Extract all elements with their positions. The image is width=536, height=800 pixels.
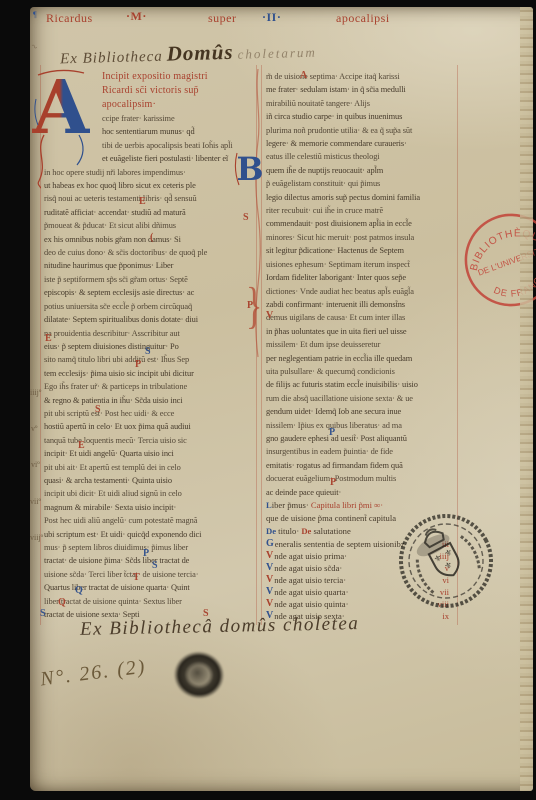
incipit-rubric: Incipit expositio magistriRicardi sc̃i v… — [44, 70, 263, 112]
capitula-item-initial: V — [266, 598, 273, 610]
text-line: in p̃has uoluntates que in uita fieri ue… — [266, 325, 459, 338]
text-line: iñ circa studio carpe· in quibus inuenim… — [266, 110, 459, 123]
inline-colored-initial: S — [95, 404, 101, 415]
text-line: dilatate· Septem spiritualibus donis dot… — [44, 313, 263, 326]
inline-colored-initial: E — [78, 440, 85, 451]
text-line: docuerat euãgelium· Postmodum multis — [266, 472, 459, 485]
photograph-black-backdrop: Ricardus ·M· super ·II· apocalipsi Ex Bi… — [0, 0, 536, 800]
text-line: in hoc opere studij nr̃i labores impendi… — [44, 166, 263, 179]
running-title-author: Ricardus — [46, 11, 93, 26]
inline-colored-initial: S — [145, 346, 151, 357]
text-line: minores· Sicut hic meruit· post patmos i… — [266, 231, 459, 244]
text-line: uisiones ephesum· Septimam iterum inspec… — [266, 258, 459, 271]
rubric-line: Ricardi sc̃i victoris sup̃ — [102, 84, 263, 98]
text-column-left: Incipit expositio magistriRicardi sc̃i v… — [44, 70, 263, 621]
text-line: tanquã tube loquentis mecũ· Tercia uisio… — [44, 434, 263, 447]
text-line: na prouidentia describitur· Asscribitur … — [44, 327, 263, 340]
marginal-note: iiijº — [30, 388, 41, 397]
capitula-item-initial: V — [266, 562, 273, 574]
right-column-text: m̃ de uisione septima· Accipe itaq̃ kari… — [266, 70, 459, 499]
quire-mark: ·M· — [126, 9, 147, 24]
inline-colored-initial: P — [247, 300, 253, 311]
ex-libris-part2: Domûs — [166, 40, 233, 66]
text-line: ubi scriptum est· Et uidi· quicq̃d expon… — [44, 528, 263, 541]
capitula-item-initial: V — [266, 550, 273, 562]
marginal-note: ¶ — [33, 10, 37, 19]
text-line: potius uniuersita sc̃e eccl̃e p̃ orbem c… — [44, 300, 263, 313]
text-line: p̃ euãgelistam constituit· qui p̃imus — [266, 177, 459, 190]
capitula-item-text: nde agat uisio tercia· — [274, 574, 346, 586]
text-line: liber tractat de uisione quinta· Sextus … — [44, 595, 263, 608]
text-line: ccipe frater· karissime — [102, 112, 263, 125]
text-line: insurgentibus in eadem p̃uintia· de fide — [266, 445, 459, 458]
text-line: demus uigilans de causa· Et cum inter il… — [266, 311, 459, 324]
inline-colored-initial: P — [143, 548, 149, 559]
red-filigree-line — [254, 69, 262, 364]
text-line: eatus ille celestiũ misticus theologi — [266, 150, 459, 163]
text-line: ac deinde pace quieuit· — [266, 486, 459, 499]
text-line: pit ubi ait· Et apertũ est templũ dei in… — [44, 461, 263, 474]
text-line: eius· p̃ septem diuisiones distinguitur·… — [44, 340, 263, 353]
text-line: pit ubi scriptũ est· Post hec uidi· & ec… — [44, 407, 263, 420]
book-number: ·II· — [262, 10, 281, 25]
text-line: gendum uidet· Idemq̃ Iob ane secura inue — [266, 405, 459, 418]
text-line: zabdi confirmant· interuenit illi demons… — [266, 298, 459, 311]
ex-libris-inscription-top: Ex Bibliotheca Domûs choletarum — [60, 38, 317, 70]
page-fore-edge — [520, 7, 533, 791]
inline-colored-initial: A — [300, 70, 307, 81]
text-line: de filijs ac futuris statim eccl̃e inuis… — [266, 378, 459, 391]
capitula-item-initial: V — [266, 586, 273, 598]
text-line: riter recubuit· cui ih̃e in cruce matrẽ — [266, 204, 459, 217]
text-line: m̃ de uisione septima· Accipe itaq̃ kari… — [266, 70, 459, 83]
inline-colored-initial: S — [243, 212, 249, 223]
ex-libris-inscription-bottom: Ex Bibliothecâ domûs choletea — [80, 613, 360, 641]
svg-text:B: B — [236, 151, 263, 188]
text-line: Post hec uidi aliũ angelũ· cum potestatẽ… — [44, 514, 263, 527]
left-column-text: ccipe frater· karissimehoc sententiarum … — [44, 112, 263, 621]
running-title-work: apocalipsi — [336, 11, 390, 26]
inline-colored-initial: E — [45, 333, 52, 344]
text-line: legere· & memorie commendare curaueris· — [266, 137, 459, 150]
marginal-note: viº — [31, 460, 40, 469]
marginal-note: viijº — [30, 533, 43, 542]
inline-colored-initial: P — [135, 359, 141, 370]
text-line: hostiũ apertũ in celo· Et uox p̃ima quã … — [44, 420, 263, 433]
inline-colored-initial: Q — [75, 585, 83, 596]
text-line: sito namq̃ titulo libri ubi additũ est· … — [44, 353, 263, 366]
text-line: incipit ubi dicit· Et uidi aliud signũ i… — [44, 487, 263, 500]
text-line: hoc sententiarum munus· qd̃ — [102, 125, 263, 138]
inline-colored-initial: Q — [58, 597, 66, 608]
capitula-item-text: nde agat uisio sc̃da· — [274, 562, 342, 574]
text-line: Iordam fideliter laborigant· Inter quos … — [266, 271, 459, 284]
capitula-item-initial: V — [266, 574, 273, 586]
text-line: Ego ih̃s frater ur̃· & particeps in trib… — [44, 380, 263, 393]
capitula-item-text: nde agat uisio quarta· — [274, 586, 348, 598]
text-line: dictiones· Vnde audiat hec beatus apl̃s … — [266, 285, 459, 298]
text-line: uita pulsullare· & quecumq̃ condicionis — [266, 365, 459, 378]
ex-libris-part3: choletarum — [237, 45, 317, 62]
text-line: episcopis· & septem ecclesijs asie direc… — [44, 286, 263, 299]
text-line: sit legitur p̃dicatione· Hactenus de Sep… — [266, 244, 459, 257]
text-line: deo de cuius dono· & sc̃is doctoribus· d… — [44, 246, 263, 259]
text-line: ut habeas ex hoc quoq̃ libro sicut ex ce… — [44, 179, 263, 192]
text-line: tem ecclesijs· p̃ima uisio sic incipit u… — [44, 367, 263, 380]
inline-colored-initial: P — [330, 477, 336, 488]
text-line: risq̃ noui ac ueteris testamenti libris·… — [44, 192, 263, 205]
text-line: rum die absq̃ uacillatione uisione sexta… — [266, 392, 459, 405]
inline-colored-initial: P — [329, 427, 335, 438]
text-line: nissilem· Ip̃ius ex quibus liberatus· ad… — [266, 419, 459, 432]
capitula-item-text: nde agat uisio quinta· — [274, 598, 348, 610]
text-line: missilem· Et dum ipse deuisseretur — [266, 338, 459, 351]
text-line: quasi· & archa testamenti· Quinta uisio — [44, 474, 263, 487]
text-line: nitudine haurimus que p̃ponimus· Liber — [44, 259, 263, 272]
rubric-line: Incipit expositio magistri — [102, 70, 263, 84]
text-line: magnum & mirabile· Sexta uisio incipit· — [44, 501, 263, 514]
text-line: iste p̃ septiformem sp̃s sc̃i gr̃am ortu… — [44, 273, 263, 286]
capitula-item-text: nde agat uisio prima· — [274, 550, 347, 562]
text-line: gno gaudere ephesi ad uesit̃· Post aliqu… — [266, 432, 459, 445]
capitula-header-red: Capitula libri p̃mi ∞· — [311, 500, 383, 510]
text-line: quem ih̃e de nuptijs reuocauit· apl̃m — [266, 164, 459, 177]
de-salutatione-initial: De — [301, 526, 311, 536]
decorated-initial-B: B — [234, 151, 264, 196]
inline-colored-initial: T — [133, 572, 140, 583]
manuscript-page: Ricardus ·M· super ·II· apocalipsi Ex Bi… — [30, 7, 533, 791]
text-line: & regno & patientia in ih̃u· Sc̃da uisio… — [44, 394, 263, 407]
de-titulo-initial: De — [266, 526, 276, 536]
marginal-note: viiº — [30, 497, 41, 506]
text-line: plurima noñ prudontie utilia· & ea q̃ su… — [266, 124, 459, 137]
rubric-line: apocalipsim· — [102, 98, 263, 112]
text-line: me frater· sedulam istam· in q̃ sc̃ia me… — [266, 83, 459, 96]
inline-colored-initial: E — [139, 196, 146, 207]
running-title-super: super — [208, 11, 237, 26]
text-line: per neglegentiam patrie in eccl̃ia ille … — [266, 352, 459, 365]
inline-colored-initial: ( — [150, 232, 153, 243]
text-line: p̃moueat & p̃ducat· Et sicut alibi dñimu… — [44, 219, 263, 232]
text-line: incipit· Et uidi angelũ· Quarta uisio in… — [44, 447, 263, 460]
svg-text:⚜: ⚜ — [443, 560, 455, 573]
inline-colored-initial: V — [266, 310, 273, 321]
text-line: ruditatẽ afficiat· accendat· studiũ ad m… — [44, 206, 263, 219]
marginal-note: vº — [31, 424, 37, 433]
capitula-header-black: iber p̃mus· — [272, 500, 311, 510]
text-line: mirabiliũ nouitatẽ tangere· Alijs — [266, 97, 459, 110]
text-line: mus· p̃ septem libros diuidimus· p̃imus … — [44, 541, 263, 554]
text-line: ex his omnibus nobis gr̃am non damus· Si — [44, 233, 263, 246]
inline-colored-initial: S — [40, 608, 46, 619]
ex-libris-part1: Ex Bibliotheca — [60, 49, 163, 68]
capitula-item-initial: G — [266, 538, 274, 550]
illegible-ink-stamp — [162, 640, 236, 711]
inline-colored-initial: S — [152, 560, 158, 571]
text-line: emitatis· rogatus ad firmandam fidem quã — [266, 459, 459, 472]
text-line: commendauit· post diuisionem apl̃ia in e… — [266, 217, 459, 230]
de-titulo-text: titulo· — [276, 526, 301, 536]
de-salutatione-text: salutatione — [311, 526, 350, 536]
text-line: legio dilectus amoris sup̃ pectus domini… — [266, 191, 459, 204]
shelfmark: N°. 26. (2) — [39, 656, 148, 692]
capitula-header: Liber p̃mus· Capitula libri p̃mi ∞· — [266, 499, 459, 512]
marginal-note: ~ — [28, 40, 40, 53]
